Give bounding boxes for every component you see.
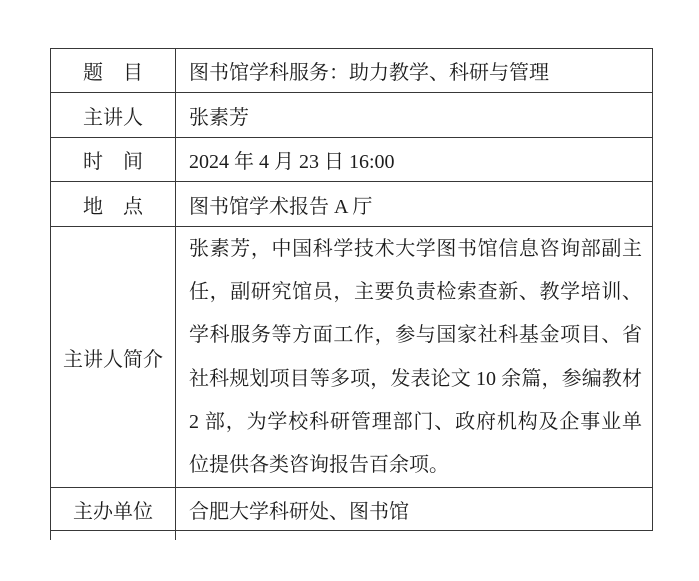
cropped-row-column-divider-stub bbox=[175, 531, 176, 540]
organizer-field-value: 合肥大学科研处、图书馆 bbox=[176, 488, 653, 531]
organizer-field-label: 主办单位 bbox=[51, 488, 176, 531]
speaker-field-label: 主讲人 bbox=[51, 93, 176, 138]
time-field-label: 时 间 bbox=[51, 138, 176, 182]
table-row-time: 时 间 2024 年 4 月 23 日 16:00 bbox=[51, 138, 653, 182]
table-row-speaker-bio: 主讲人简介 张素芳，中国科学技术大学图书馆信息咨询部副主任，副研究馆员，主要负责… bbox=[51, 227, 653, 488]
title-field-value: 图书馆学科服务：助力教学、科研与管理 bbox=[176, 49, 653, 93]
location-field-label: 地 点 bbox=[51, 182, 176, 227]
cropped-row-left-border-stub bbox=[50, 531, 51, 540]
title-field-label: 题 目 bbox=[51, 49, 176, 93]
table-row-title: 题 目 图书馆学科服务：助力教学、科研与管理 bbox=[51, 49, 653, 93]
speaker-field-value: 张素芳 bbox=[176, 93, 653, 138]
table-row-location: 地 点 图书馆学术报告 A 厅 bbox=[51, 182, 653, 227]
notice-table: 题 目 图书馆学科服务：助力教学、科研与管理 主讲人 张素芳 时 间 2024 … bbox=[50, 48, 653, 531]
lecture-notice-table: 题 目 图书馆学科服务：助力教学、科研与管理 主讲人 张素芳 时 间 2024 … bbox=[50, 48, 652, 531]
speaker-bio-field-value: 张素芳，中国科学技术大学图书馆信息咨询部副主任，副研究馆员，主要负责检索查新、教… bbox=[176, 227, 653, 488]
table-row-organizer: 主办单位 合肥大学科研处、图书馆 bbox=[51, 488, 653, 531]
time-field-value: 2024 年 4 月 23 日 16:00 bbox=[176, 138, 653, 182]
speaker-bio-field-label: 主讲人简介 bbox=[51, 227, 176, 488]
location-field-value: 图书馆学术报告 A 厅 bbox=[176, 182, 653, 227]
table-row-speaker: 主讲人 张素芳 bbox=[51, 93, 653, 138]
